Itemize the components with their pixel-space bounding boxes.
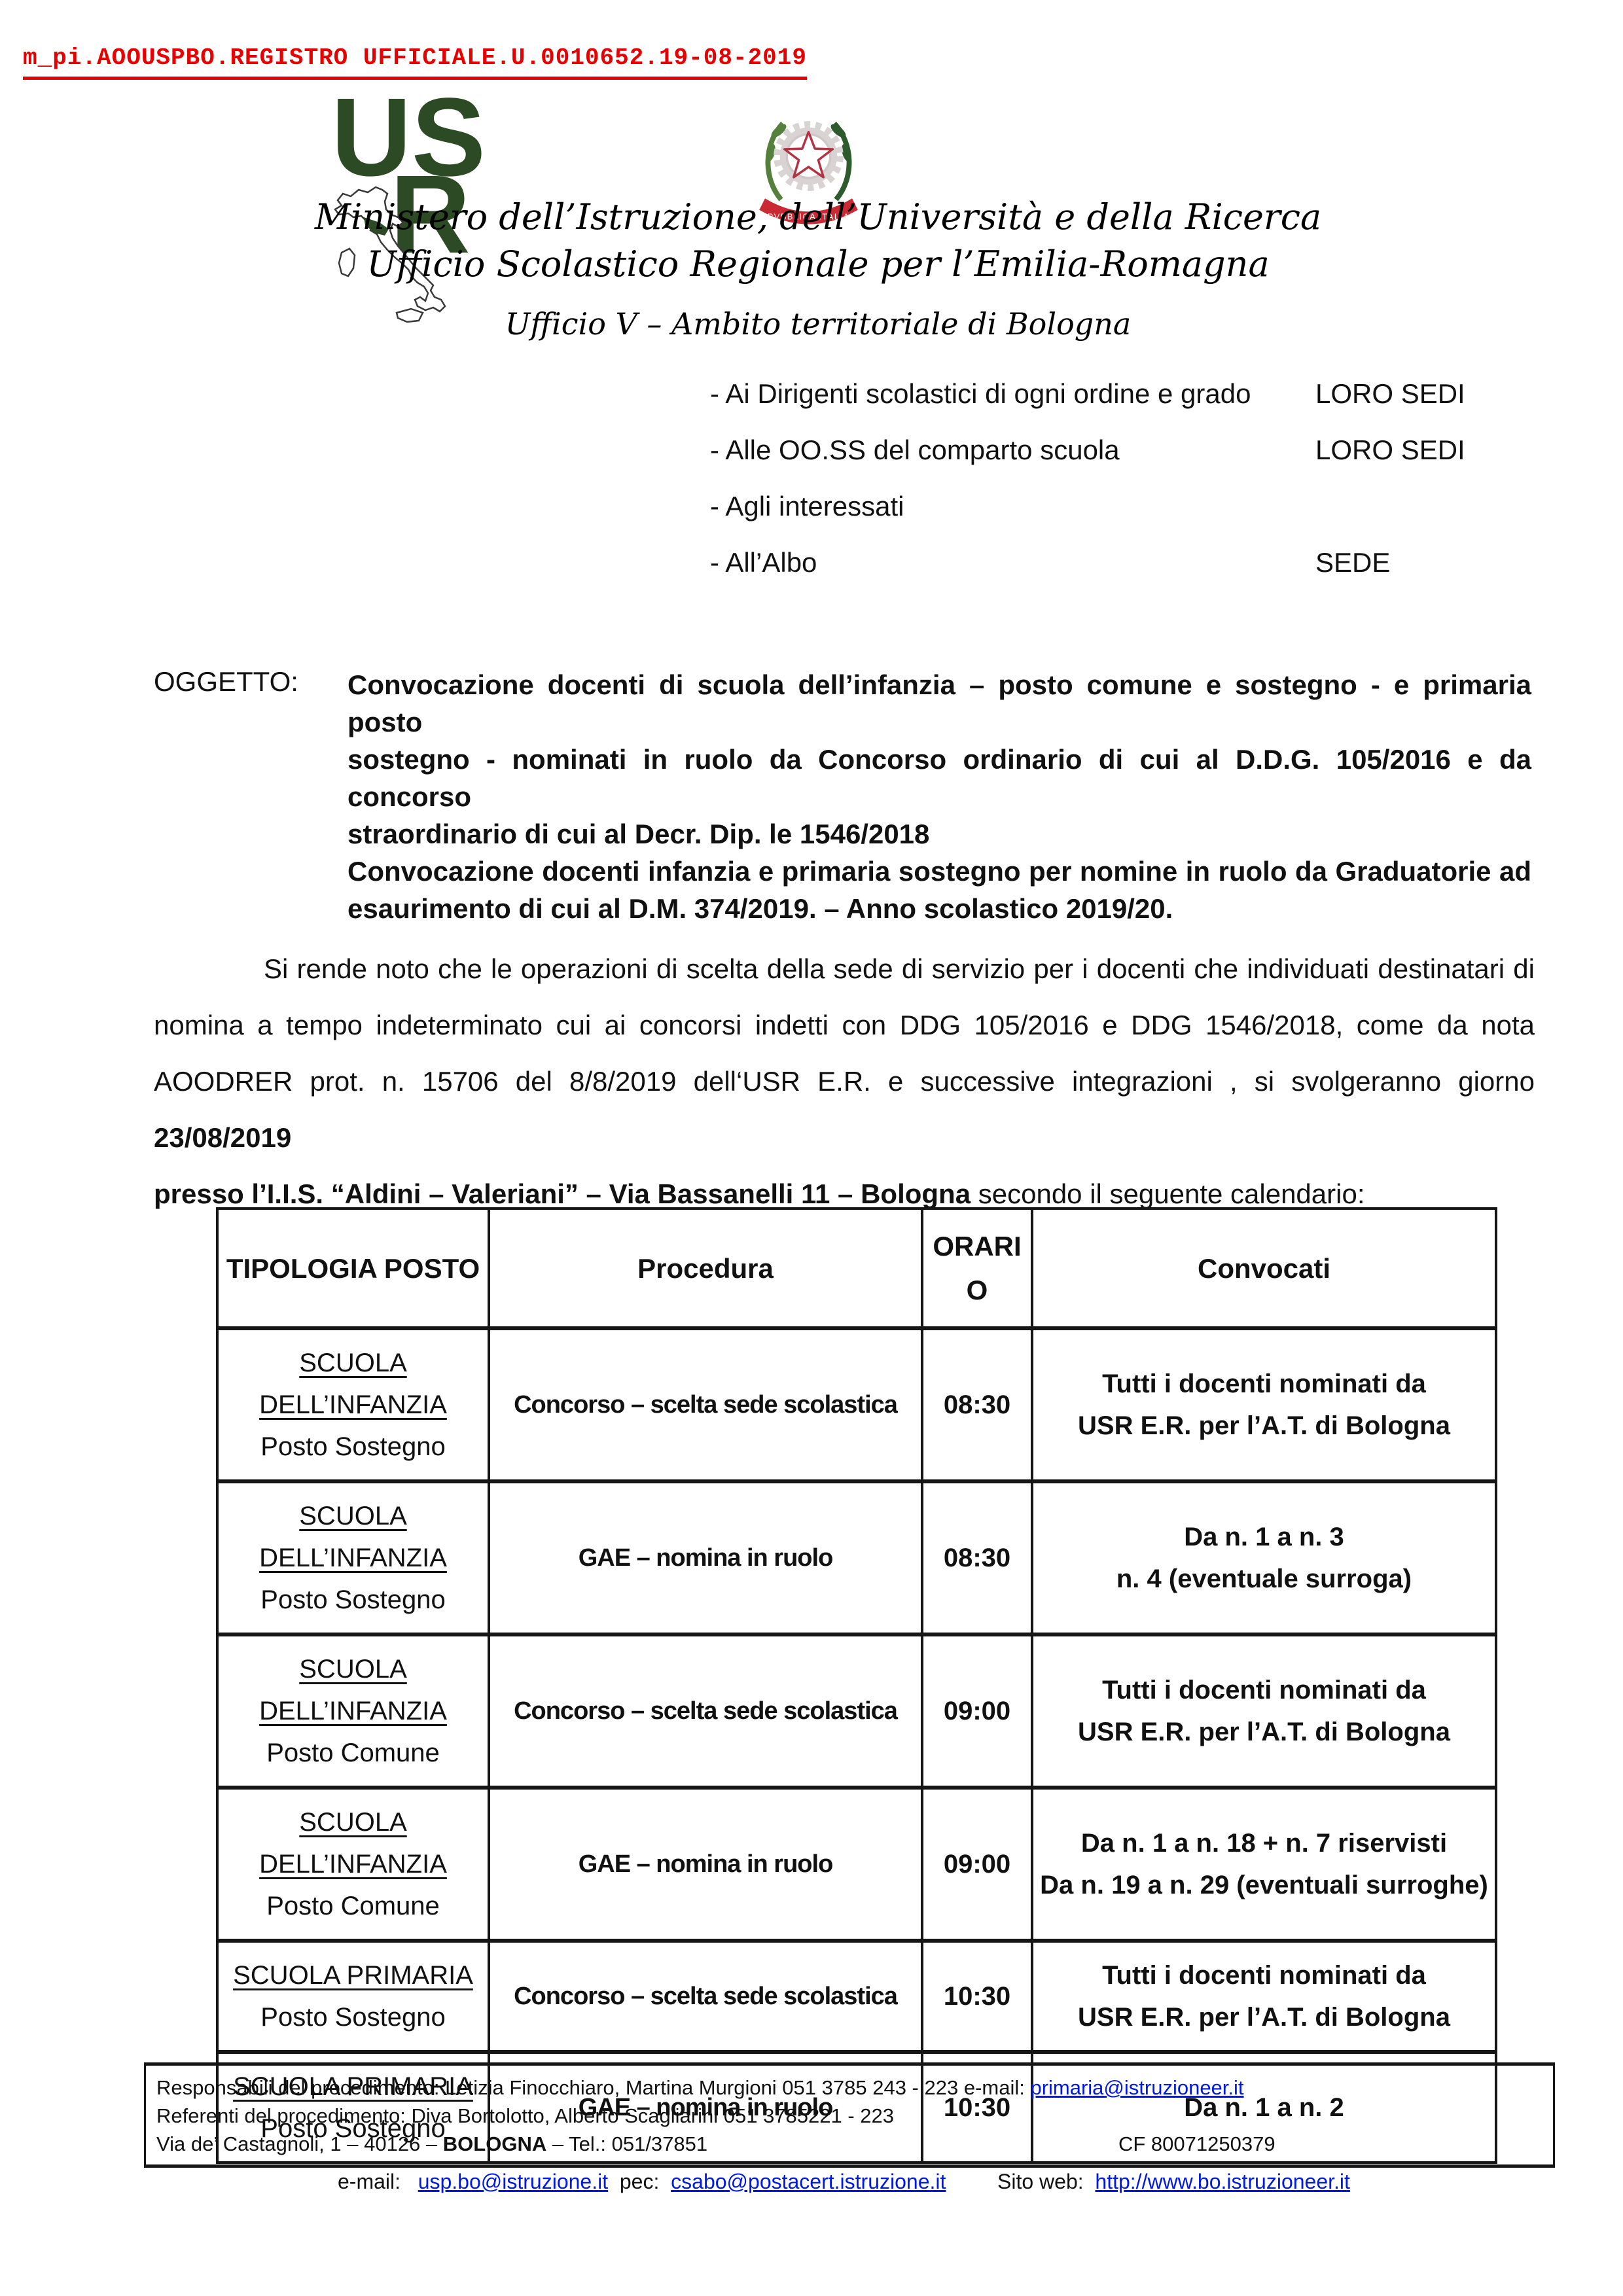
recipient-row: - Alle OO.SS del comparto scuola LORO SE… (710, 434, 1482, 491)
subject-line: sostegno - nominati in ruolo da Concorso… (348, 741, 1531, 815)
pec-link[interactable]: csabo@postacert.istruzione.it (671, 2170, 946, 2193)
subject-line: esaurimento di cui al D.M. 374/2019. – A… (348, 890, 1531, 927)
post-type: Posto Comune (225, 1885, 481, 1927)
school-type-line: DELL’INFANZIA (225, 1843, 481, 1885)
recipient-name: - Ai Dirigenti scolastici di ogni ordine… (710, 378, 1251, 410)
school-type-line: SCUOLA (225, 1801, 481, 1843)
cell-procedura: GAE – nomina in ruolo (489, 1788, 922, 1941)
convocati-line: n. 4 (eventuale surroga) (1040, 1558, 1488, 1600)
body-paragraph: Si rende noto che le operazioni di scelt… (154, 941, 1535, 1222)
post-type: Posto Comune (225, 1732, 481, 1774)
subject-label: OGGETTO: (154, 666, 348, 927)
footer-responsabili-text: Responsabili del procedimento: Letizia F… (156, 2076, 1030, 2099)
convocati-line: Da n. 1 a n. 18 + n. 7 riservisti (1040, 1822, 1488, 1864)
cell-tipologia: SCUOLA DELL’INFANZIA Posto Sostegno (217, 1328, 489, 1481)
post-type: Posto Sostegno (225, 1579, 481, 1621)
school-type-line: SCUOLA (225, 1342, 481, 1384)
ministry-title: Ministero dell’Istruzione, dell’Universi… (0, 196, 1623, 238)
col-header-convocati: Convocati (1032, 1209, 1496, 1328)
school-type-line: SCUOLA (225, 1648, 481, 1690)
school-type-line: DELL’INFANZIA (225, 1537, 481, 1579)
post-type: Posto Sostegno (225, 1996, 481, 2038)
cell-tipologia: SCUOLA DELL’INFANZIA Posto Sostegno (217, 1481, 489, 1634)
protocol-stamp: m_pi.AOOUSPBO.REGISTRO UFFICIALE.U.00106… (23, 44, 807, 80)
footer-referenti-line: Referenti del procedimento: Diva Bortolo… (156, 2102, 1543, 2130)
body-line: nomina a tempo indeterminato cui ai conc… (154, 997, 1535, 1053)
body-line: Si rende noto che le operazioni di scelt… (154, 941, 1535, 997)
cell-procedura: Concorso – scelta sede scolastica (489, 1634, 922, 1788)
pec-label: pec: (620, 2170, 659, 2193)
subject-line: Convocazione docenti di scuola dell’infa… (348, 666, 1531, 741)
convocati-line: Da n. 19 a n. 29 (eventuali surroghe) (1040, 1864, 1488, 1906)
convocati-line: USR E.R. per l’A.T. di Bologna (1040, 1405, 1488, 1447)
cell-tipologia: SCUOLA DELL’INFANZIA Posto Comune (217, 1634, 489, 1788)
footer-address-line: Via de’ Castagnoli, 1 – 40126 – BOLOGNA … (156, 2130, 1543, 2158)
primaria-email-link[interactable]: primaria@istruzioneer.it (1030, 2076, 1243, 2099)
school-type-line: DELL’INFANZIA (225, 1384, 481, 1426)
cell-procedura: Concorso – scelta sede scolastica (489, 1941, 922, 2052)
convocati-line: Da n. 1 a n. 3 (1040, 1516, 1488, 1558)
recipient-location: LORO SEDI (1315, 434, 1465, 466)
footer-responsabili-line: Responsabili del procedimento: Letizia F… (156, 2074, 1543, 2102)
fiscal-code: CF 80071250379 (1118, 2130, 1275, 2158)
cell-orario: 09:00 (922, 1788, 1032, 1941)
convocati-line: USR E.R. per l’A.T. di Bologna (1040, 1711, 1488, 1753)
italy-emblem-graphic: REPVBBLICA ITALIANA (751, 77, 866, 267)
website-link[interactable]: http://www.bo.istruzioneer.it (1095, 2170, 1350, 2193)
cell-orario: 09:00 (922, 1634, 1032, 1788)
post-type: Posto Sostegno (225, 1426, 481, 1468)
table-header-row: TIPOLOGIA POSTO Procedura ORARIO Convoca… (217, 1209, 1496, 1328)
subject-line: Convocazione docenti infanzia e primaria… (348, 853, 1531, 890)
recipient-location: LORO SEDI (1315, 378, 1465, 410)
body-line: AOODRER prot. n. 15706 del 8/8/2019 dell… (154, 1053, 1535, 1166)
cell-procedura: Concorso – scelta sede scolastica (489, 1328, 922, 1481)
footer-address-text: Via de’ Castagnoli, 1 – 40126 – (156, 2132, 443, 2155)
school-type-line: DELL’INFANZIA (225, 1690, 481, 1732)
convocation-date: 23/08/2019 (154, 1122, 291, 1153)
footer-email-pec: e-mail: usp.bo@istruzione.it pec: csabo@… (338, 2170, 946, 2194)
convocation-schedule-table: TIPOLOGIA POSTO Procedura ORARIO Convoca… (216, 1207, 1497, 2164)
footer-city: BOLOGNA (443, 2132, 546, 2155)
recipient-name: - Agli interessati (710, 491, 904, 522)
recipient-row: - Ai Dirigenti scolastici di ogni ordine… (710, 378, 1482, 434)
cell-procedura: GAE – nomina in ruolo (489, 1481, 922, 1634)
table-row: SCUOLA PRIMARIA Posto Sostegno Concorso … (217, 1941, 1496, 2052)
cell-convocati: Tutti i docenti nominati da USR E.R. per… (1032, 1941, 1496, 2052)
school-type-line: SCUOLA PRIMARIA (225, 1954, 481, 1996)
recipient-row: - Agli interessati (710, 491, 1482, 547)
body-line-text: secondo il seguente calendario: (971, 1178, 1364, 1209)
body-line-text: AOODRER prot. n. 15706 del 8/8/2019 dell… (154, 1066, 1535, 1097)
cell-tipologia: SCUOLA PRIMARIA Posto Sostegno (217, 1941, 489, 2052)
recipient-name: - Alle OO.SS del comparto scuola (710, 434, 1120, 466)
cell-orario: 08:30 (922, 1481, 1032, 1634)
convocati-line: Tutti i docenti nominati da (1040, 1954, 1488, 1996)
col-header-tipologia: TIPOLOGIA POSTO (217, 1209, 489, 1328)
school-type-line: SCUOLA (225, 1495, 481, 1537)
footer-phone: – Tel.: 051/37851 (546, 2132, 707, 2155)
cell-convocati: Tutti i docenti nominati da USR E.R. per… (1032, 1634, 1496, 1788)
document-page: m_pi.AOOUSPBO.REGISTRO UFFICIALE.U.00106… (0, 0, 1623, 2296)
convocati-line: Tutti i docenti nominati da (1040, 1363, 1488, 1405)
cell-orario: 10:30 (922, 1941, 1032, 2052)
subject-block: OGGETTO: Convocazione docenti di scuola … (154, 666, 1531, 927)
subject-line: straordinario di cui al Decr. Dip. le 15… (348, 815, 1531, 853)
table-row: SCUOLA DELL’INFANZIA Posto Comune GAE – … (217, 1788, 1496, 1941)
cell-tipologia: SCUOLA DELL’INFANZIA Posto Comune (217, 1788, 489, 1941)
convocation-venue: presso l’I.I.S. “Aldini – Valeriani” – V… (154, 1178, 971, 1209)
table-row: SCUOLA DELL’INFANZIA Posto Sostegno GAE … (217, 1481, 1496, 1634)
cell-convocati: Da n. 1 a n. 3 n. 4 (eventuale surroga) (1032, 1481, 1496, 1634)
convocati-line: USR E.R. per l’A.T. di Bologna (1040, 1996, 1488, 2038)
convocati-line: Tutti i docenti nominati da (1040, 1669, 1488, 1711)
table-row: SCUOLA DELL’INFANZIA Posto Sostegno Conc… (217, 1328, 1496, 1481)
col-header-procedura: Procedura (489, 1209, 922, 1328)
cell-convocati: Tutti i docenti nominati da USR E.R. per… (1032, 1328, 1496, 1481)
email-label: e-mail: (338, 2170, 401, 2193)
table-row: SCUOLA DELL’INFANZIA Posto Comune Concor… (217, 1634, 1496, 1788)
footer-website: Sito web: http://www.bo.istruzioneer.it (997, 2170, 1350, 2194)
site-label: Sito web: (997, 2170, 1084, 2193)
regional-office-title: Ufficio Scolastico Regionale per l’Emili… (0, 243, 1623, 285)
recipient-location: SEDE (1315, 547, 1390, 578)
territorial-office-title: Ufficio V – Ambito territoriale di Bolog… (0, 306, 1623, 342)
footer-contact-box: Responsabili del procedimento: Letizia F… (144, 2062, 1555, 2168)
subject-text: Convocazione docenti di scuola dell’infa… (348, 666, 1531, 927)
recipients-list: - Ai Dirigenti scolastici di ogni ordine… (710, 378, 1482, 603)
cell-convocati: Da n. 1 a n. 18 + n. 7 riservisti Da n. … (1032, 1788, 1496, 1941)
recipient-name: - All’Albo (710, 547, 817, 578)
cell-orario: 08:30 (922, 1328, 1032, 1481)
col-header-orario: ORARIO (922, 1209, 1032, 1328)
usp-email-link[interactable]: usp.bo@istruzione.it (418, 2170, 608, 2193)
recipient-row: - All’Albo SEDE (710, 547, 1482, 603)
italy-emblem: REPVBBLICA ITALIANA (751, 77, 866, 270)
